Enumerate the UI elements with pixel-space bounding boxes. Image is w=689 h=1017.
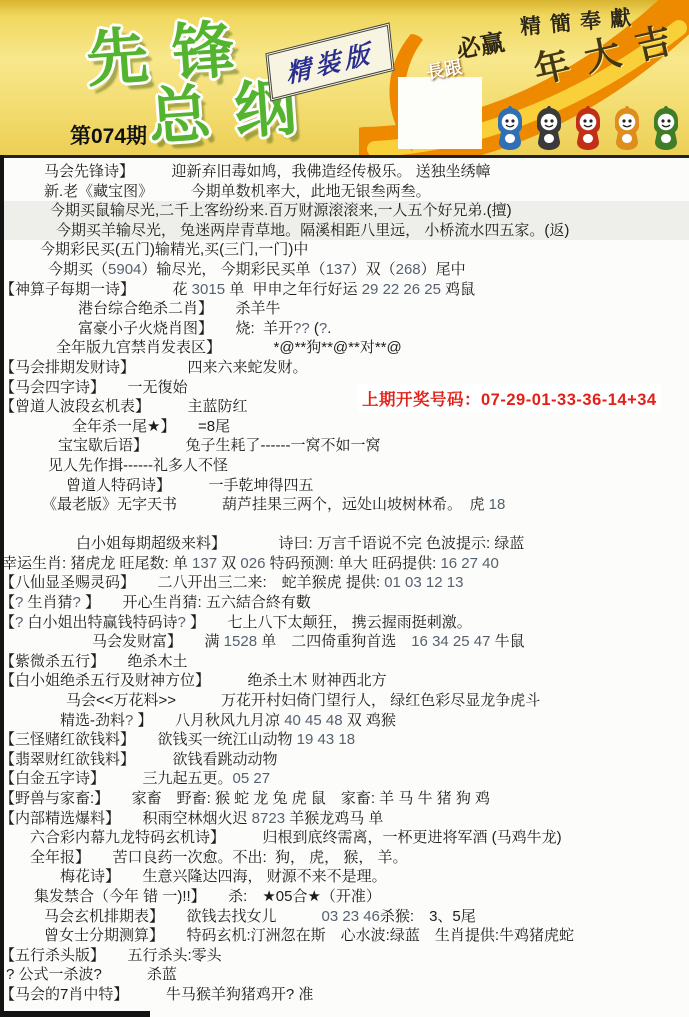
text-line: 马会先锋诗】 迎新弃旧毒如鸠，我佛造经传极乐。 送独坐绣幛 (0, 162, 689, 182)
text-line: 《最老版》无字天书 葫芦挂果三两个，远处山坡树林希。 虎 18 (0, 495, 689, 515)
text-line: 梅花诗】 生意兴隆达四海， 财源不来不是理。 (0, 867, 689, 887)
text-line: 【翡翠财红欲钱料】 欲钱看跳动动物 (0, 750, 689, 770)
white-patch (398, 77, 482, 149)
prev-draw-numbers: 07-29-01-33-36-14+34 (481, 391, 657, 409)
mascot-flame-red-icon (571, 106, 605, 152)
text-line: 【三怪赌红欲钱料】 欲钱买一统江山动物 19 43 18 (0, 730, 689, 750)
text-line: 【白金五字诗】 三九起五更。05 27 (0, 769, 689, 789)
text-line (0, 515, 689, 535)
issue-number: 第074期 (70, 120, 147, 150)
text-line: 今期买鼠输尽光,二千上客纷纷来.百万财源滚滚来,一人五个好兄弟.(擅) (0, 201, 689, 221)
text-line: 六合彩内幕九龙特码玄机诗】 归根到底终需离，一杯更进将军酒 (马鸡牛龙) (0, 828, 689, 848)
text-line: 【神算子每期一诗】 花 3015 单 甲申之年行好运 29 22 26 25 鸡… (0, 280, 689, 300)
text-line: 全年杀一尾★】 =8尾 (0, 417, 689, 437)
text-line: 宝宝歇后语】 兔子生耗了------一窝不如一窝 (0, 436, 689, 456)
text-line: 马会发财富】 满 1528 单 二四倚重狗首选 16 34 25 47 牛鼠 (0, 632, 689, 652)
text-line: 白小姐每期超级来料】 诗曰: 万言千语说不完 色波提示: 绿蓝 (0, 534, 689, 554)
mascots (493, 106, 683, 152)
text-line: 【? 白小姐出特赢钱特码诗? 】 七上八下太颠狂， 携云握雨挺刺激。 (0, 613, 689, 633)
text-line: 【内部精选爆料】 积雨空林烟火迟 8723 羊猴龙鸡马 单 (0, 809, 689, 829)
text-line: 全年版九宫禁肖发表区】 *@**狗**@**对**@ (0, 338, 689, 358)
scan-edge-left (0, 155, 4, 1017)
text-line: 今期买羊输尽光， 兔迷两岸青草地。隔溪相距八里远， 小桥流水四五家。(返) (0, 221, 689, 241)
mascot-orange-icon (610, 106, 644, 152)
text-line: 集发禁合（今年 错 一)!!】 杀: ★05合★（开准） (0, 887, 689, 907)
text-line: 马会玄机排期表】 欲钱去找女儿 03 23 46杀猴: 3、5尾 (0, 907, 689, 927)
mascot-green-icon (649, 106, 683, 152)
prev-draw-overlay: 上期开奖号码：07-29-01-33-36-14+34 (358, 384, 661, 412)
mascot-panda-icon (532, 106, 566, 152)
text-line: 【马会排期发财诗】 四来六来蛇发财。 (0, 358, 689, 378)
lottery-tip-sheet: 必赢 精簡奉獻 長跟 年大吉 先锋 总纲 精装版 第074期 马会先锋诗】 迎新… (0, 0, 689, 1017)
text-line: 幸运生肖: 猪虎龙 旺尾数: 单 137 双 026 特码预测: 单大 旺码提供… (0, 554, 689, 574)
text-line: 曾道人特码诗】 一手乾坤得四五 (0, 476, 689, 496)
text-line: 富豪小子火烧肖图】 烧: 羊开?? (?. (0, 319, 689, 339)
text-line: 【? 生肖猜? 】 开心生肖猜: 五六結合終有數 (0, 593, 689, 613)
text-line: ? 公式一杀波? 杀蓝 (0, 965, 689, 985)
text-line: 【紫微杀五行】 绝杀木土 (0, 652, 689, 672)
text-line: 见人先作揖------礼多人不怪 (0, 456, 689, 476)
content-area: 马会先锋诗】 迎新弃旧毒如鸠，我佛造经传极乐。 送独坐绣幛新.老《藏宝图》 今期… (0, 158, 689, 1017)
text-line: 【野兽与家畜:】 家畜 野畜: 猴 蛇 龙 兔 虎 鼠 家畜: 羊 马 牛 猪 … (0, 789, 689, 809)
prev-draw-label: 上期开奖号码： (362, 391, 481, 409)
text-line: 曾女士分期测算】 特码玄机:汀洲忽在斯 心水波:绿蓝 生肖提供:牛鸡猪虎蛇 (0, 926, 689, 946)
text-line: 马会<<万花料>> 万花开村妇倚门望行人， 绿红色彩尽显龙争虎斗 (0, 691, 689, 711)
header-banner: 必赢 精簡奉獻 長跟 年大吉 先锋 总纲 精装版 第074期 (0, 0, 689, 158)
text-line: 港台综合绝杀二肖】 杀羊牛 (0, 299, 689, 319)
text-line: 新.老《藏宝图》 今期单数机率大，此地无银叁两叁。 (0, 182, 689, 202)
text-line: 【马会的7肖中特】 牛马猴羊狗猪鸡开? 准 (0, 985, 689, 1005)
text-line: 精选-劲料? 】 八月秋风九月凉 40 45 48 双 鸡猴 (0, 711, 689, 731)
text-line: 【八仙显圣赐灵码】 二八开出三二来: 蛇羊猴虎 提供: 01 03 12 13 (0, 573, 689, 593)
text-line: 今期买（5904）输尽光， 今期彩民买单（137）双（268）尾中 (0, 260, 689, 280)
scan-edge-bottom (0, 1011, 150, 1017)
mascot-blue-icon (493, 106, 527, 152)
text-line: 【白小姐绝杀五行及财神方位】 绝杀土木 财神西北方 (0, 671, 689, 691)
text-line: 全年报】 苦口良药一次愈。不出: 狗， 虎， 猴， 羊。 (0, 848, 689, 868)
text-line: 【五行杀头版】 五行杀头:零头 (0, 946, 689, 966)
body-lines: 马会先锋诗】 迎新弃旧毒如鸠，我佛造经传极乐。 送独坐绣幛新.老《藏宝图》 今期… (0, 162, 689, 1005)
text-line: 今期彩民买(五门)输精光,买(三门,一门)中 (0, 240, 689, 260)
